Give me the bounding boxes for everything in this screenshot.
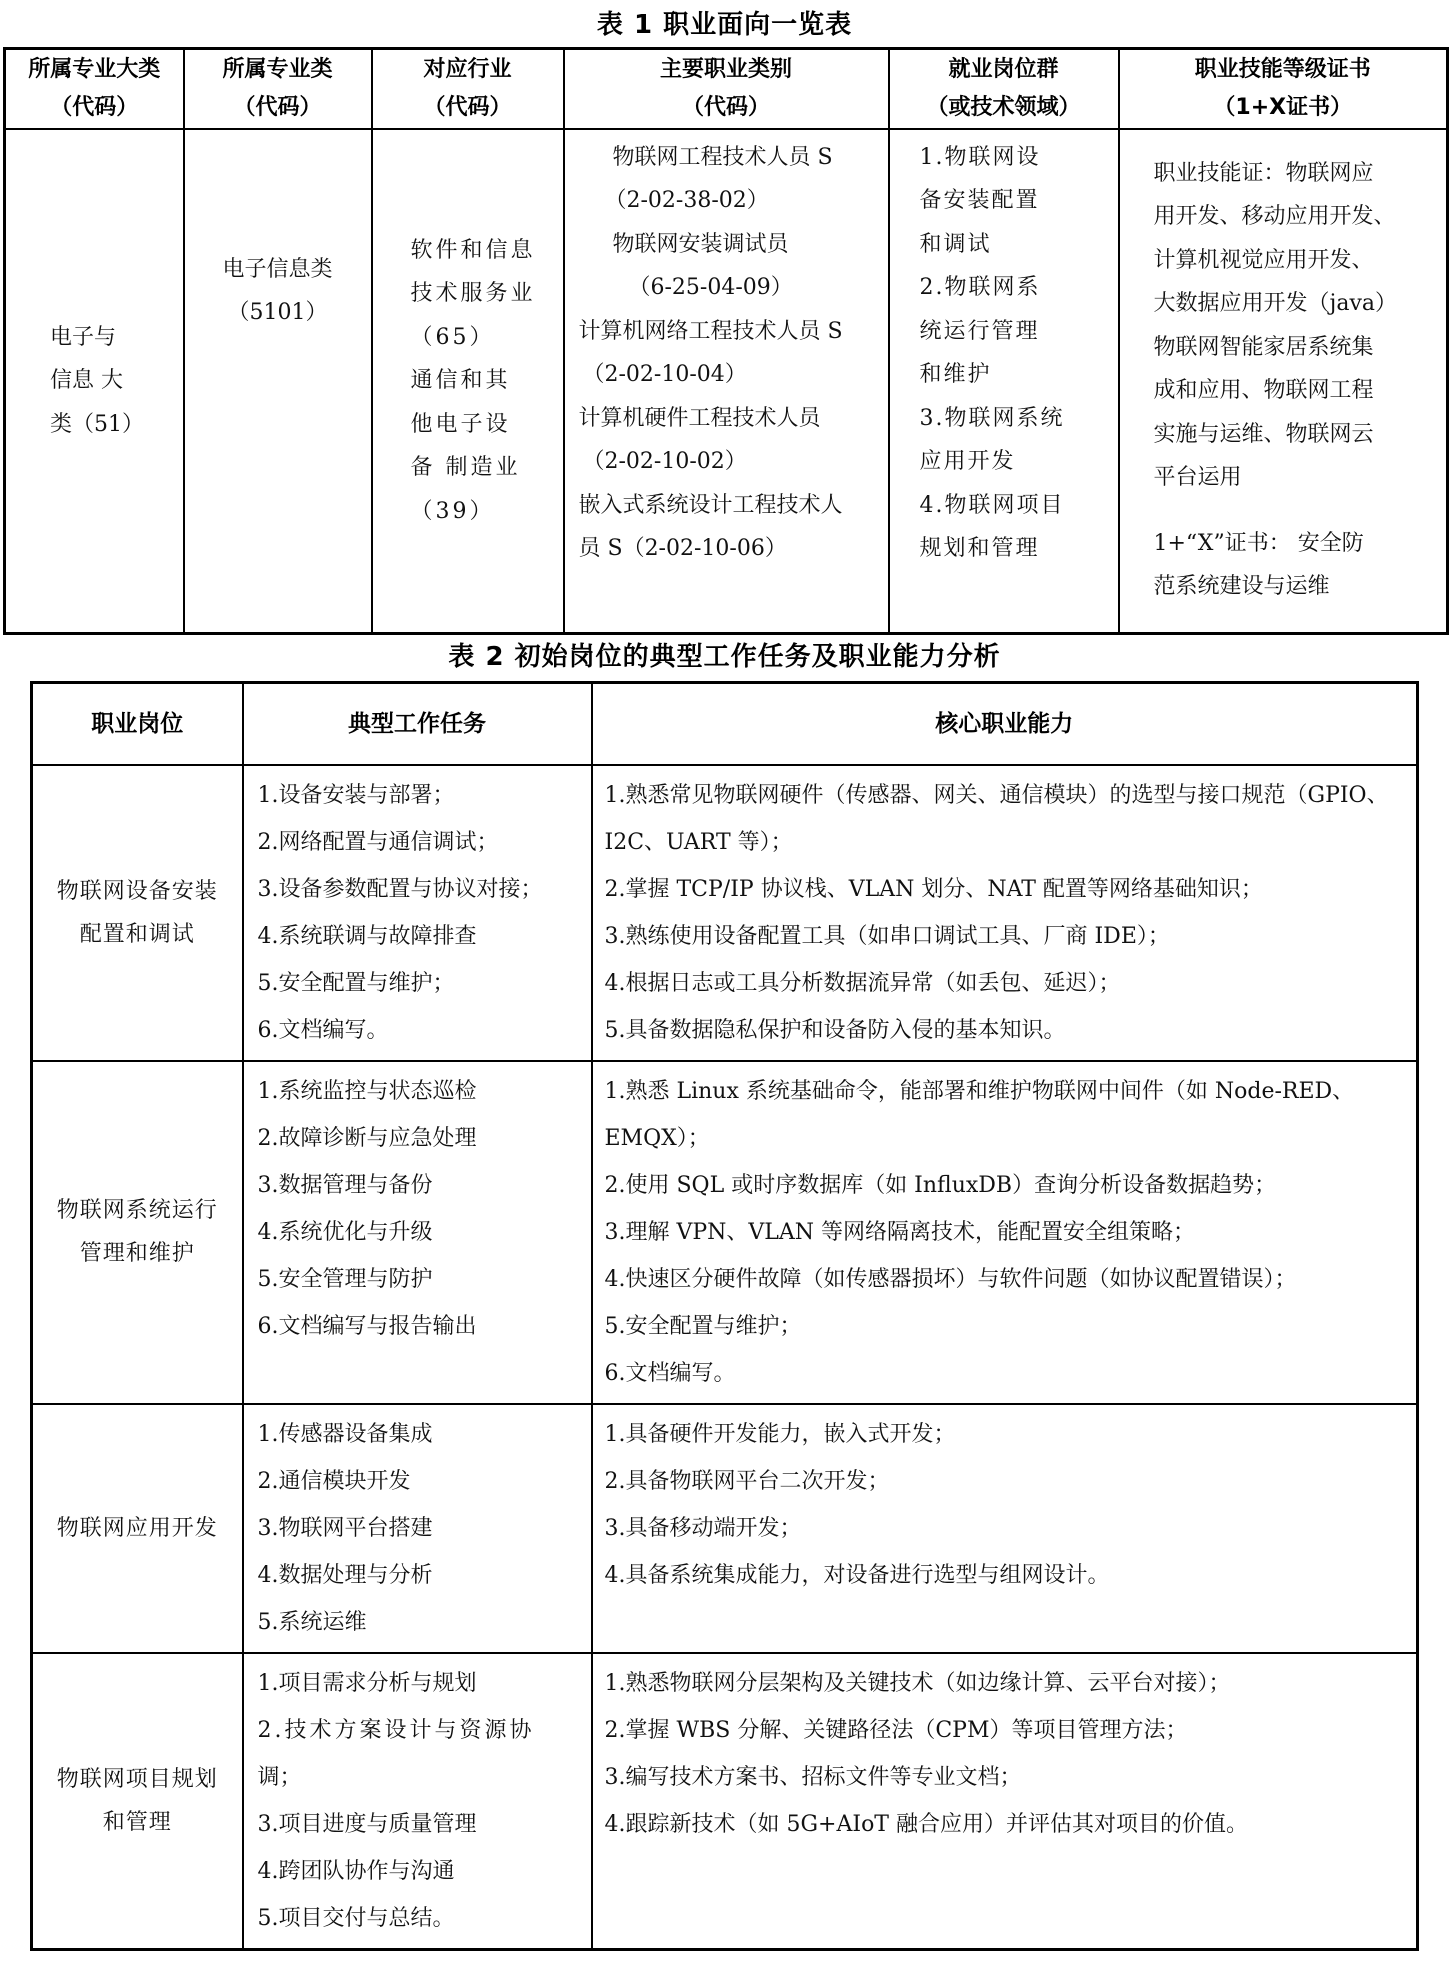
header-industry: 对应行业（代码） xyxy=(372,49,564,129)
tasks-cell: 1.传感器设备集成 2.通信模块开发 3.物联网平台搭建 4.数据处理与分析 5… xyxy=(243,1404,592,1653)
occupation-orientation-table: 所属专业大类（代码） 所属专业类（代码） 对应行业（代码） 主要职业类别（代码）… xyxy=(3,47,1449,635)
header-certificate: 职业技能等级证书（1+X证书） xyxy=(1119,49,1448,129)
tasks-cell: 1.系统监控与状态巡检 2.故障诊断与应急处理 3.数据管理与备份 4.系统优化… xyxy=(243,1061,592,1404)
table1-data-row: 电子与 信息 大 类（51） 电子信息类 （5101） 软件和信息 技术服务业 … xyxy=(5,129,1448,634)
table1-caption: 表 1 职业面向一览表 xyxy=(0,4,1449,41)
x-certificate-text: 1+“X”证书： 安全防 范系统建设与运维 xyxy=(1154,522,1433,609)
tasks-cell: 1.设备安装与部署； 2.网络配置与通信调试； 3.设备参数配置与协议对接； 4… xyxy=(243,765,592,1061)
position-cell: 物联网设备安装 配置和调试 xyxy=(32,765,243,1061)
table-row: 物联网系统运行 管理和维护 1.系统监控与状态巡检 2.故障诊断与应急处理 3.… xyxy=(32,1061,1418,1404)
header-occupation: 主要职业类别（代码） xyxy=(564,49,889,129)
position-cell: 物联网应用开发 xyxy=(32,1404,243,1653)
position-cell: 物联网项目规划 和管理 xyxy=(32,1653,243,1950)
tasks-cell: 1.项目需求分析与规划 2.技术方案设计与资源协 调； 3.项目进度与质量管理 … xyxy=(243,1653,592,1950)
table-row: 物联网项目规划 和管理 1.项目需求分析与规划 2.技术方案设计与资源协 调； … xyxy=(32,1653,1418,1950)
cell-job-groups: 1.物联网设 备安装配置 和调试 2.物联网系 统运行管理 和维护 3.物联网系… xyxy=(889,129,1119,634)
table-row: 物联网应用开发 1.传感器设备集成 2.通信模块开发 3.物联网平台搭建 4.数… xyxy=(32,1404,1418,1653)
cell-industry: 软件和信息 技术服务业 （65） 通信和其 他电子设 备 制造业 （39） xyxy=(372,129,564,634)
cell-certificates: 职业技能证：物联网应 用开发、移动应用开发、 计算机视觉应用开发、 大数据应用开… xyxy=(1119,129,1448,634)
header-major-category: 所属专业大类（代码） xyxy=(5,49,184,129)
capabilities-cell: 1.熟悉常见物联网硬件（传感器、网关、通信模块）的选型与接口规范（GPIO、 I… xyxy=(592,765,1418,1061)
job-task-capability-table: 职业岗位 典型工作任务 核心职业能力 物联网设备安装 配置和调试 1.设备安装与… xyxy=(30,681,1419,1951)
skill-certificate-text: 职业技能证：物联网应 用开发、移动应用开发、 计算机视觉应用开发、 大数据应用开… xyxy=(1154,152,1433,500)
table1-header-row: 所属专业大类（代码） 所属专业类（代码） 对应行业（代码） 主要职业类别（代码）… xyxy=(5,49,1448,129)
cell-occupations: 物联网工程技术人员 S （2-02-38-02） 物联网安装调试员 （6-25-… xyxy=(564,129,889,634)
cell-major-class: 电子信息类 （5101） xyxy=(184,129,372,634)
header-job-group: 就业岗位群（或技术领域） xyxy=(889,49,1119,129)
header-major-class: 所属专业类（代码） xyxy=(184,49,372,129)
capabilities-cell: 1.具备硬件开发能力，嵌入式开发； 2.具备物联网平台二次开发； 3.具备移动端… xyxy=(592,1404,1418,1653)
table-row: 物联网设备安装 配置和调试 1.设备安装与部署； 2.网络配置与通信调试； 3.… xyxy=(32,765,1418,1061)
header-position: 职业岗位 xyxy=(32,683,243,765)
position-cell: 物联网系统运行 管理和维护 xyxy=(32,1061,243,1404)
header-capabilities: 核心职业能力 xyxy=(592,683,1418,765)
capabilities-cell: 1.熟悉物联网分层架构及关键技术（如边缘计算、云平台对接）； 2.掌握 WBS … xyxy=(592,1653,1418,1950)
table2-caption: 表 2 初始岗位的典型工作任务及职业能力分析 xyxy=(0,636,1449,673)
table2-header-row: 职业岗位 典型工作任务 核心职业能力 xyxy=(32,683,1418,765)
header-tasks: 典型工作任务 xyxy=(243,683,592,765)
capabilities-cell: 1.熟悉 Linux 系统基础命令，能部署和维护物联网中间件（如 Node-RE… xyxy=(592,1061,1418,1404)
cell-major-category: 电子与 信息 大 类（51） xyxy=(5,129,184,634)
